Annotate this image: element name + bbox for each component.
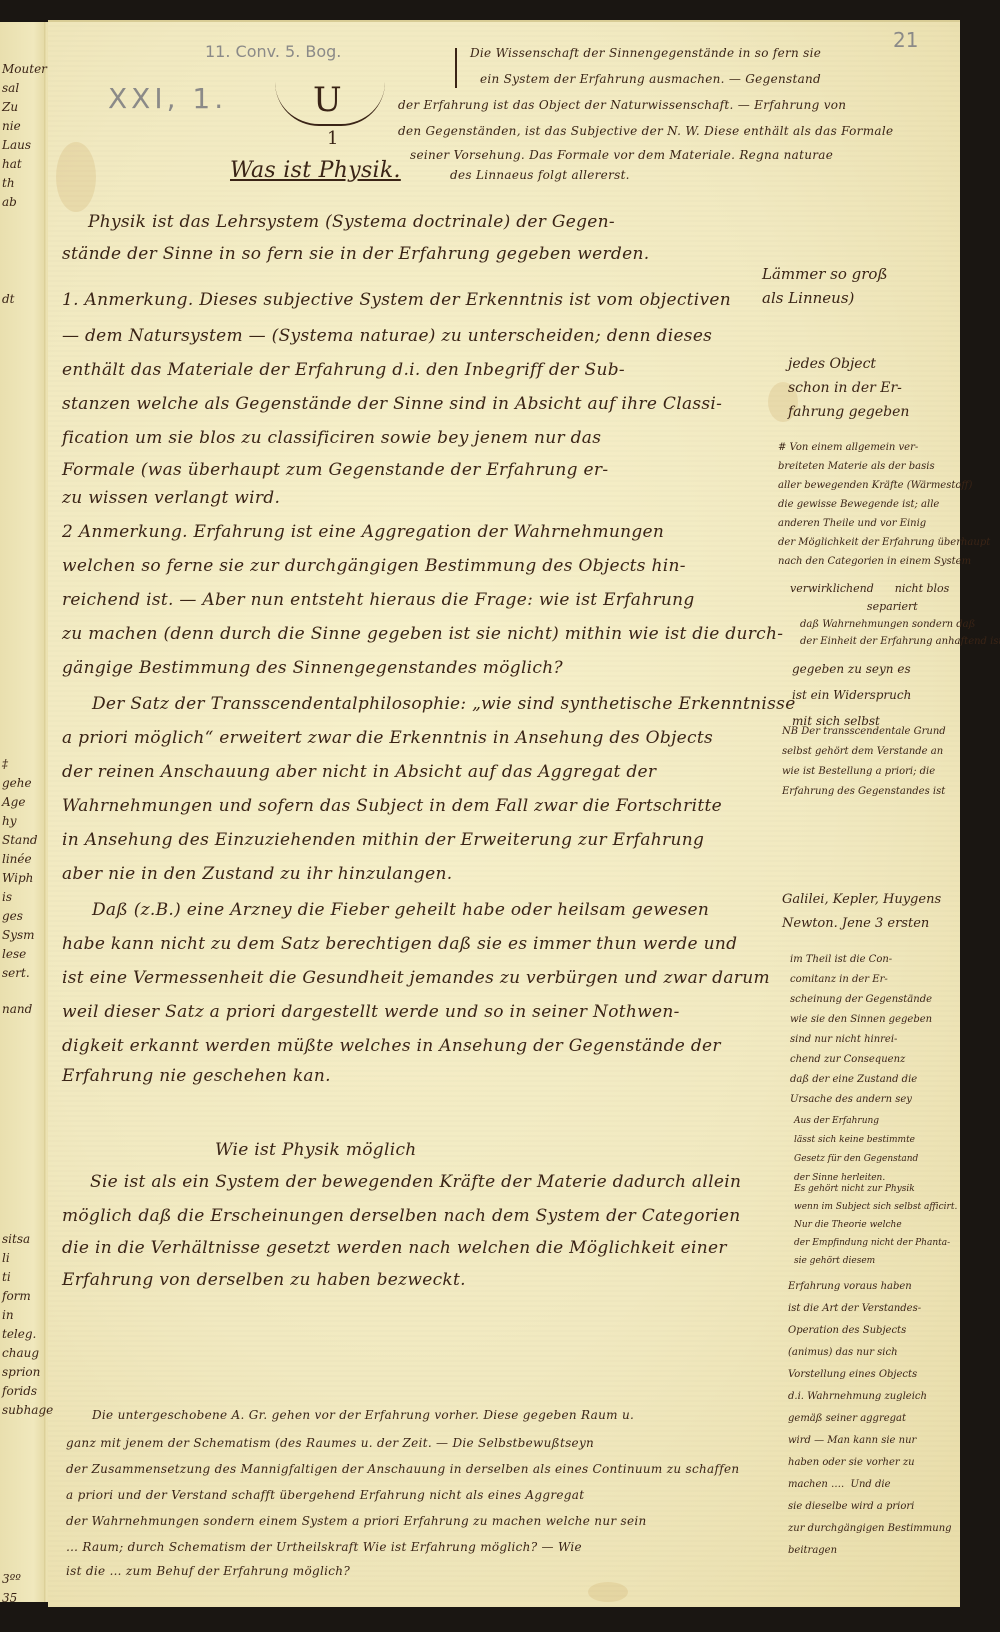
margin-note: Galilei, Kepler, Huygens Newton. Jene 3 … <box>782 888 941 936</box>
top-note-line: Die Wissenschaft der Sinnengegenstände i… <box>470 46 821 60</box>
main-text-line: reichend ist. — Aber nun entsteht hierau… <box>62 590 695 610</box>
insertion-bracket <box>455 48 457 88</box>
margin-note: im Theil ist die Con- comitanz in der Er… <box>790 950 932 1110</box>
paper-stain <box>588 1582 628 1602</box>
main-text-line: enthält das Materiale der Erfahrung d.i.… <box>62 360 625 380</box>
section-title: Wie ist Physik möglich <box>215 1140 417 1160</box>
margin-note: # Von einem allgemein ver- breiteten Mat… <box>778 438 990 571</box>
main-text-line: stanzen welche als Gegenstände der Sinne… <box>62 394 722 414</box>
bottom-text-line: … Raum; durch Schematism der Urtheilskra… <box>66 1540 582 1554</box>
margin-note: NB Der transscendentale Grund selbst geh… <box>782 722 946 802</box>
main-text-line: gängige Bestimmung des Sinnengegenstande… <box>62 658 563 678</box>
main-text-line: Wahrnehmungen und sofern das Subject in … <box>62 796 722 816</box>
main-text-line: weil dieser Satz a priori dargestellt we… <box>62 1002 680 1022</box>
top-note-line: seiner Vorsehung. Das Formale vor dem Ma… <box>410 148 833 162</box>
main-text-line: Erfahrung nie geschehen kan. <box>62 1066 331 1086</box>
margin-note: Lämmer so groß als Linneus) <box>762 262 888 310</box>
top-note-line: ein System der Erfahrung ausmachen. — Ge… <box>480 72 821 86</box>
main-text-line: zu wissen verlangt wird. <box>62 488 280 508</box>
margin-note: jedes Object schon in der Er- fahrung ge… <box>788 352 909 424</box>
margin-note: Aus der Erfahrung lässt sich keine besti… <box>794 1112 918 1188</box>
left-margin-fragment: Mouter sal Zu nie Laus hat th ab <box>2 60 47 212</box>
main-text-line: welchen so ferne sie zur durchgängigen B… <box>62 556 686 576</box>
bottom-text-line: ist die … zum Behuf der Erfahrung möglic… <box>66 1564 350 1578</box>
main-text-line: Physik ist das Lehrsystem (Systema doctr… <box>88 212 615 232</box>
main-text-line: fication um sie blos zu classificiren so… <box>62 428 601 448</box>
left-margin-fragment: ‡ gehe Age hy Stand linée Wiph is ges Sy… <box>2 755 38 983</box>
left-margin-fragment: nand <box>2 1000 32 1019</box>
section-text-line: die in die Verhältnisse gesetzt werden n… <box>62 1238 727 1258</box>
main-text-line: stände der Sinne in so fern sie in der E… <box>62 244 649 264</box>
page-title: Was ist Physik. <box>230 158 401 183</box>
top-note-line: den Gegenständen, ist das Subjective der… <box>398 124 893 138</box>
left-margin-fragment: dt <box>2 290 15 309</box>
left-margin-fragment: 3ºº 35 <box>2 1570 21 1608</box>
section-text-line: möglich daß die Erscheinungen derselben … <box>62 1206 741 1226</box>
main-text-line: ist eine Vermessenheit die Gesundheit je… <box>62 968 770 988</box>
margin-note: Erfahrung voraus haben ist die Art der V… <box>788 1276 952 1562</box>
folio-number: 21 <box>893 28 918 52</box>
margin-note: verwirklichend nicht blos separiert <box>790 580 949 616</box>
main-text-line: in Ansehung des Einzuziehenden mithin de… <box>62 830 704 850</box>
main-text-line: der reinen Anschauung aber nicht in Absi… <box>62 762 656 782</box>
shelfmark: XXI, 1. <box>108 82 227 115</box>
main-text-line: a priori möglich“ erweitert zwar die Erk… <box>62 728 713 748</box>
top-note-line: des Linnaeus folgt allererst. <box>450 168 630 182</box>
section-text-line: Sie ist als ein System der bewegenden Kr… <box>90 1172 741 1192</box>
bottom-text-line: der Zusammensetzung des Mannigfaltigen d… <box>66 1462 739 1476</box>
bottom-text-line: a priori und der Verstand schafft überge… <box>66 1488 584 1502</box>
main-text-line: Daß (z.B.) eine Arzney die Fieber geheil… <box>92 900 709 920</box>
heading-sub: 1 <box>327 128 339 149</box>
main-text-line: Der Satz der Transscendentalphilosophie:… <box>92 694 796 714</box>
main-text-line: habe kann nicht zu dem Satz berechtigen … <box>62 934 737 954</box>
main-text-line: — dem Natursystem — (Systema naturae) zu… <box>62 326 712 346</box>
margin-note: daß Wahrnehmungen sondern daß der Einhei… <box>800 616 1000 650</box>
main-text-line: zu machen (denn durch die Sinne gegeben … <box>62 624 783 644</box>
left-margin-fragment: sitsa li ti form in teleg. chaug sprion … <box>2 1230 53 1420</box>
bottom-text-line: der Wahrnehmungen sondern einem System a… <box>66 1514 647 1528</box>
bottom-text-line: Die untergeschobene A. Gr. gehen vor der… <box>92 1408 634 1422</box>
pencil-note-top: 11. Conv. 5. Bog. <box>205 42 341 61</box>
main-text-line: 1. Anmerkung. Dieses subjective System d… <box>62 290 731 310</box>
top-note-line: der Erfahrung ist das Object der Naturwi… <box>398 98 846 112</box>
main-text-line: Formale (was überhaupt zum Gegenstande d… <box>62 460 608 480</box>
main-text-line: digkeit erkannt werden müßte welches in … <box>62 1036 721 1056</box>
main-text-line: aber nie in den Zustand zu ihr hinzulang… <box>62 864 452 884</box>
main-text-line: 2 Anmerkung. Erfahrung ist eine Aggregat… <box>62 522 664 542</box>
margin-note: Es gehört nicht zur Physik wenn im Subje… <box>794 1180 957 1270</box>
section-text-line: Erfahrung von derselben zu haben bezweck… <box>62 1270 466 1290</box>
paper-stain <box>56 142 96 212</box>
bottom-text-line: ganz mit jenem der Schematism (des Raume… <box>66 1436 594 1450</box>
